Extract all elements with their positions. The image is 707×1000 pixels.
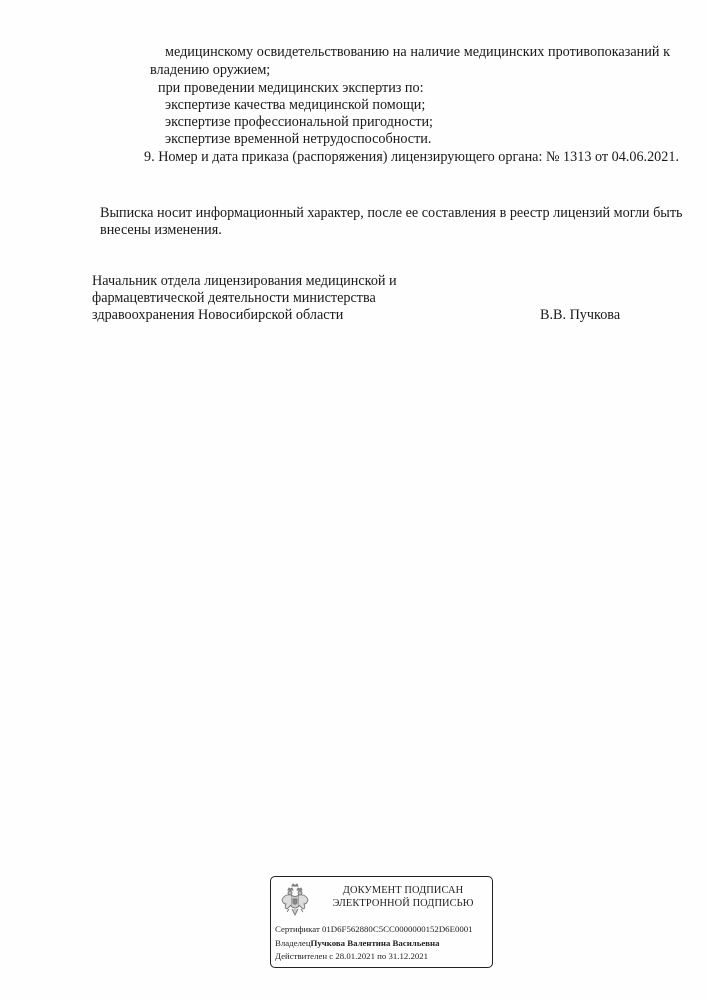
certificate-label: Сертификат xyxy=(275,924,320,934)
signer-position: фармацевтической деятельности министерст… xyxy=(92,290,376,308)
signer-name: В.В. Пучкова xyxy=(540,307,620,325)
e-signature-stamp: ДОКУМЕНТ ПОДПИСАН ЭЛЕКТРОННОЙ ПОДПИСЬЮ С… xyxy=(270,876,493,968)
owner-label: Владелец xyxy=(275,938,311,948)
disclaimer-line: внесены изменения. xyxy=(100,222,222,240)
certificate-row: Сертификат 01D6F562880C5CC0000000152D6E0… xyxy=(275,924,473,935)
validity-row: Действителен с 28.01.2021 по 31.12.2021 xyxy=(275,951,428,962)
list-text-line: медицинскому освидетельствованию на нали… xyxy=(165,44,670,62)
stamp-title-line: ЭЛЕКТРОННОЙ ПОДПИСЬЮ xyxy=(315,898,491,911)
signer-position: Начальник отдела лицензирования медицинс… xyxy=(92,273,397,291)
list-item: экспертизе качества медицинской помощи; xyxy=(165,97,425,115)
document-page: медицинскому освидетельствованию на нали… xyxy=(0,0,707,1000)
order-number-line: 9. Номер и дата приказа (распоряжения) л… xyxy=(144,149,679,167)
stamp-title-line: ДОКУМЕНТ ПОДПИСАН xyxy=(315,885,491,898)
list-text-line: владению оружием; xyxy=(150,62,270,80)
signer-position: здравоохранения Новосибирской области xyxy=(92,307,343,325)
list-subheading: при проведении медицинских экспертиз по: xyxy=(158,80,424,98)
stamp-title: ДОКУМЕНТ ПОДПИСАН ЭЛЕКТРОННОЙ ПОДПИСЬЮ xyxy=(315,885,491,910)
list-item: экспертизе временной нетрудоспособности. xyxy=(165,131,431,149)
list-item: экспертизе профессиональной пригодности; xyxy=(165,114,433,132)
owner-row: ВладелецПучкова Валентина Васильевна xyxy=(275,938,440,949)
certificate-value: 01D6F562880C5CC0000000152D6E0001 xyxy=(322,924,473,934)
coat-of-arms-eagle-icon xyxy=(279,882,311,920)
disclaimer-line: Выписка носит информационный характер, п… xyxy=(100,205,665,223)
owner-value: Пучкова Валентина Васильевна xyxy=(311,938,440,948)
